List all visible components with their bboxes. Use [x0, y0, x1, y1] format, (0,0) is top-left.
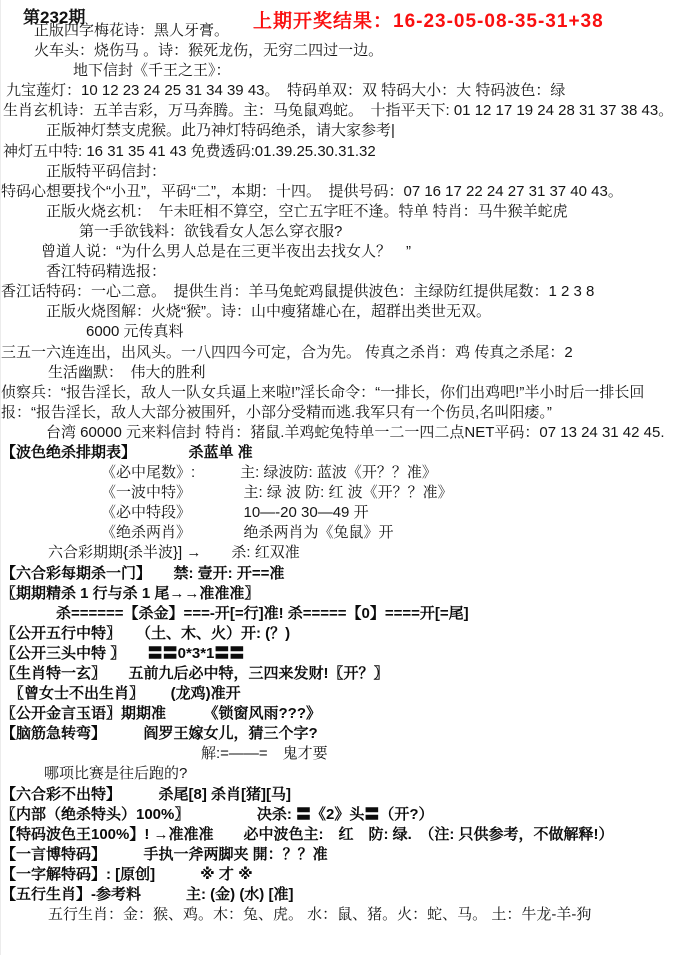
text-line: 【六合彩每期杀一门】 禁: 壹开: 开==准	[1, 564, 688, 584]
text-line: 〖公开金言玉语〗期期准 《锁窗风雨???》	[1, 704, 688, 724]
text-line: 三五一六连连出，出风头。一八四四今可定，合为先。 传真之杀肖：鸡 传真之杀尾：2	[1, 343, 688, 363]
text-line: 香江话特码：一心二意。 提供生肖：羊马兔蛇鸡鼠提供波色：主绿防红提供尾数：1 2…	[1, 282, 688, 302]
text-line: 杀======【杀金】===-开[=行]准! 杀=====【0】====开[=尾…	[1, 604, 688, 624]
lottery-tip-sheet: 第232期 上期开奖结果：16-23-05-08-35-31+38 正版四字梅花…	[0, 0, 688, 955]
text-line: 解:=——= 鬼才要	[1, 744, 688, 764]
text-line: 《绝杀两肖》 绝杀两肖为《兔鼠》开	[1, 523, 688, 543]
text-line: 六合彩期期{杀半波}] → 杀: 红双准	[1, 543, 688, 563]
text-line: 《必中尾数》: 主: 绿波防: 蓝波《开？？准》	[1, 463, 688, 483]
text-line: 五行生肖：金：猴、鸡。木：兔、虎。 水：鼠、猪。火：蛇、马。 土：牛龙-羊-狗	[1, 905, 688, 925]
text-line: 生活幽默： 伟大的胜利	[1, 363, 688, 383]
text-line: 九宝莲灯：10 12 23 24 25 31 34 39 43。 特码单双：双 …	[1, 81, 688, 101]
text-line: 香江特码精选报：	[1, 262, 688, 282]
text-line: 【脑筋急转弯】 阎罗王嫁女儿，猜三个字?	[1, 724, 688, 744]
text-line: 〖曾女士不出生肖〗 (龙鸡)准开	[1, 684, 688, 704]
text-line: 〖公开五行中特〗 （土、木、火）开: (？)	[1, 624, 688, 644]
text-line: 〖生肖特一玄〗 五前九后必中特，三四来发财!〖开？〗	[1, 664, 688, 684]
text-line: 【特码波色王100%】! →准准准 必中波色主: 红 防: 绿. （注: 只供参…	[1, 825, 688, 845]
document-body: 正版四字梅花诗：黑人牙膏。火车头：烧伤马 。诗：猴死龙伤，无穷二四过一边。地下信…	[1, 21, 688, 925]
text-line: 〖公开三头中特 〗 〓〓0*3*1〓〓	[1, 644, 688, 664]
text-line: 【五行生肖】-参考料 主: (金) (水) [准]	[1, 885, 688, 905]
text-line: 地下信封《千王之王》：	[1, 61, 688, 81]
text-line: 正版特平码信封：	[1, 162, 688, 182]
text-line: 【六合彩不出特】 杀尾[8] 杀肖[猪][马]	[1, 785, 688, 805]
text-line: 第一手欲钱料：欲钱看女人怎么穿衣服?	[1, 222, 688, 242]
text-line: 【一言博特码】 手执一斧两脚夹 開：？？准	[1, 845, 688, 865]
text-line: 6000 元传真料	[1, 322, 688, 342]
text-line: 〖内部（绝杀特头）100%〗 决杀: 〓《2》头〓（开?）	[1, 805, 688, 825]
text-line: 正版四字梅花诗：黑人牙膏。	[1, 21, 688, 41]
text-line: 台湾 60000 元来料信封 特肖：猪鼠.羊鸡蛇兔特单一二一四二点NET平码：0…	[1, 423, 688, 443]
text-line: 正版火烧图解：火烧“猴”。诗：山中瘦猪雄心在，超群出类世无双。	[1, 302, 688, 322]
text-line: 生肖玄机诗：五羊吉彩，万马奔腾。主：马兔鼠鸡蛇。 十指平天下: 01 12 17…	[1, 101, 688, 121]
text-line: 正版神灯禁支虎猴。此乃神灯特码绝杀，请大家参考|	[1, 121, 688, 141]
text-line: 神灯五中特: 16 31 35 41 43 免费透码:01.39.25.30.3…	[1, 142, 688, 162]
text-line: 特码心想要找个“小丑”，平码“二”，本期：十四。 提供号码：07 16 17 2…	[1, 182, 688, 202]
text-line: 《必中特段》 10—-20 30—49 开	[1, 503, 688, 523]
text-line: 正版火烧玄机： 午未旺相不算空，空亡五字旺不逢。特单 特肖：马牛猴羊蛇虎	[1, 202, 688, 222]
text-line: 侦察兵：“报告淫长，敌人一队女兵逼上来啦!”淫长命令：“一排长，你们出鸡吧!”半…	[1, 383, 688, 403]
text-line: 【一字解特码】: [原创] ※ 才 ※	[1, 865, 688, 885]
text-line: 〖期期精杀 1 行与杀 1 尾→→准准准〗	[1, 584, 688, 604]
text-line: 【波色绝杀排期表】 杀蓝单 准	[1, 443, 688, 463]
text-line: 哪项比赛是往后跑的?	[1, 764, 688, 784]
text-line: 火车头：烧伤马 。诗：猴死龙伤，无穷二四过一边。	[1, 41, 688, 61]
text-line: 曾道人说：“为什么男人总是在三更半夜出去找女人？ ”	[1, 242, 688, 262]
text-line: 《一波中特》 主: 绿 波 防: 红 波《开？？准》	[1, 483, 688, 503]
text-line: 报：“报告淫长，敌人大部分被围歼，小部分受精而逃.我军只有一个伤员,名叫阳痿。”	[1, 403, 688, 423]
